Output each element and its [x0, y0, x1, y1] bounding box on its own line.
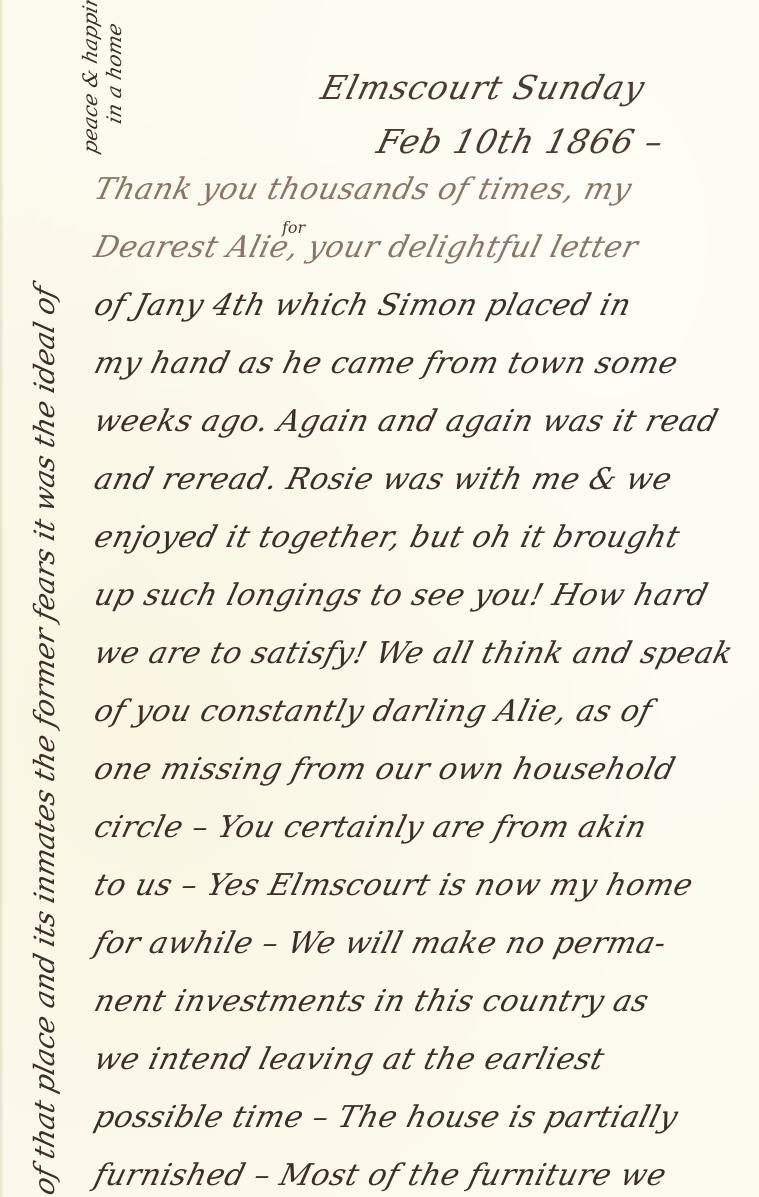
letter-line: we are to satisfy! We all think and spea… — [91, 636, 737, 671]
margin-note-top-1: peace & happiness — [78, 0, 102, 156]
letter-line: possible time – The house is partially — [91, 1100, 682, 1135]
letter-line: furnished – Most of the furniture we — [91, 1158, 670, 1193]
letter-line: my hand as he came from town some — [91, 346, 682, 381]
letter-place-day: Elmscourt Sunday — [317, 68, 649, 107]
letter-line: to us – Yes Elmscourt is now my home — [91, 868, 697, 903]
letter-line: Thank you thousands of times, my — [91, 172, 636, 207]
letter-line: weeks ago. Again and again was it read — [91, 404, 722, 439]
letter-line: of you constantly darling Alie, as of — [91, 694, 656, 729]
letter-line: one missing from our own household — [91, 752, 679, 787]
margin-note-vertical: of that place and its inmates the former… — [28, 283, 61, 1197]
letter-date: Feb 10th 1866 – — [373, 122, 668, 161]
letter-line: and reread. Rosie was with me & we — [91, 462, 676, 497]
margin-note-top-2: in a home — [102, 20, 126, 126]
letter-line: of Jany 4th which Simon placed in — [91, 288, 635, 323]
paper-edge — [0, 0, 4, 1197]
letter-line: we intend leaving at the earliest — [91, 1042, 608, 1077]
letter-line: circle – You certainly are from akin — [91, 810, 651, 845]
letter-line: Dearest Alie, your delightful letter — [91, 230, 642, 265]
letter-line: up such longings to see you! How hard — [91, 578, 712, 613]
letter-line: nent investments in this country as — [91, 984, 653, 1019]
letter-line: for awhile – We will make no perma- — [91, 926, 670, 961]
letter-line: enjoyed it together, but oh it brought — [91, 520, 684, 555]
